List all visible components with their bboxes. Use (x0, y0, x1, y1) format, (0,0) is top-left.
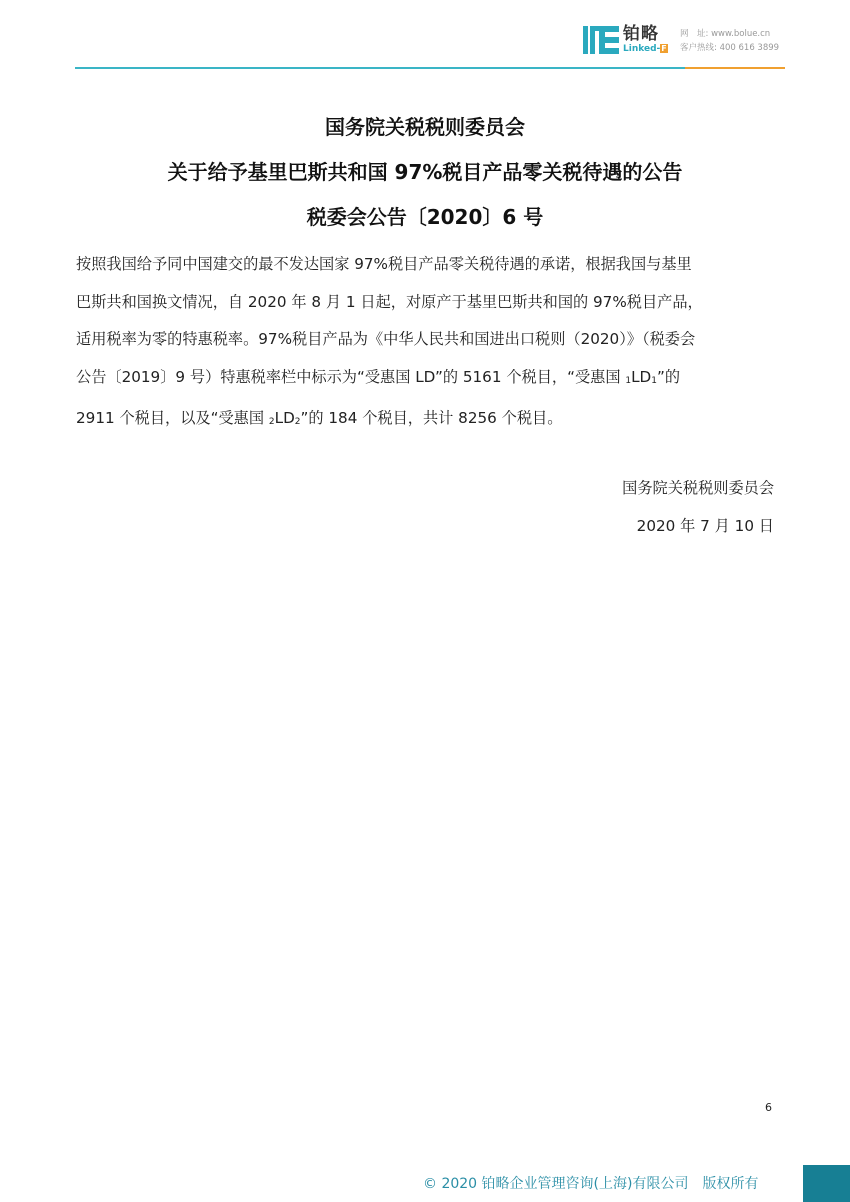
logo-brand-cn: 铂略 (623, 24, 659, 44)
logo-brand-en: Linked-F (623, 44, 668, 55)
header-divider-accent (685, 67, 785, 69)
signature-block: 国务院关税税则委员会 2020 年 7 月 10 日 (622, 470, 774, 545)
hotline-line: 客户热线: 400 616 3899 (680, 41, 779, 55)
page-number: 6 (765, 1101, 772, 1114)
footer-copyright: © 2020 铂略企业管理咨询(上海)有限公司 版权所有 (423, 1173, 758, 1193)
body-line-5: 2911 个税目，以及“受惠国 2LD2”的 184 个税目，共计 8256 个… (76, 400, 776, 442)
document-title: 关于给予基里巴斯共和国 97%税目产品零关税待遇的公告 (0, 159, 850, 185)
body-line-4: 公告〔2019〕9 号）特惠税率栏中标示为“受惠国 LD”的 5161 个税目，… (76, 359, 776, 401)
body-line-3: 适用税率为零的特惠税率。97%税目产品为《中华人民共和国进出口税则（2020）》… (76, 321, 776, 359)
signature-org: 国务院关税税则委员会 (622, 470, 774, 508)
signature-date: 2020 年 7 月 10 日 (622, 508, 774, 546)
document-number: 税委会公告〔2020〕6 号 (0, 204, 850, 230)
logo-badge: F (660, 44, 667, 53)
website-link[interactable]: www.bolue.cn (711, 29, 770, 39)
hotline-number: 400 616 3899 (720, 43, 779, 53)
header-divider (75, 67, 785, 69)
header-contact: 网 址: www.bolue.cn 客户热线: 400 616 3899 (680, 27, 779, 55)
body-line-2: 巴斯共和国换文情况，自 2020 年 8 月 1 日起，对原产于基里巴斯共和国的… (76, 284, 776, 322)
document-body: 按照我国给予同中国建交的最不发达国家 97%税目产品零关税待遇的承诺，根据我国与… (76, 246, 776, 442)
brand-logo: 铂略 Linked-F (583, 24, 675, 58)
footer-color-block (803, 1165, 850, 1202)
website-line: 网 址: www.bolue.cn (680, 27, 779, 41)
body-line-1: 按照我国给予同中国建交的最不发达国家 97%税目产品零关税待遇的承诺，根据我国与… (76, 246, 776, 284)
logo-mark-icon (583, 26, 619, 54)
document-issuer-title: 国务院关税税则委员会 (0, 114, 850, 140)
